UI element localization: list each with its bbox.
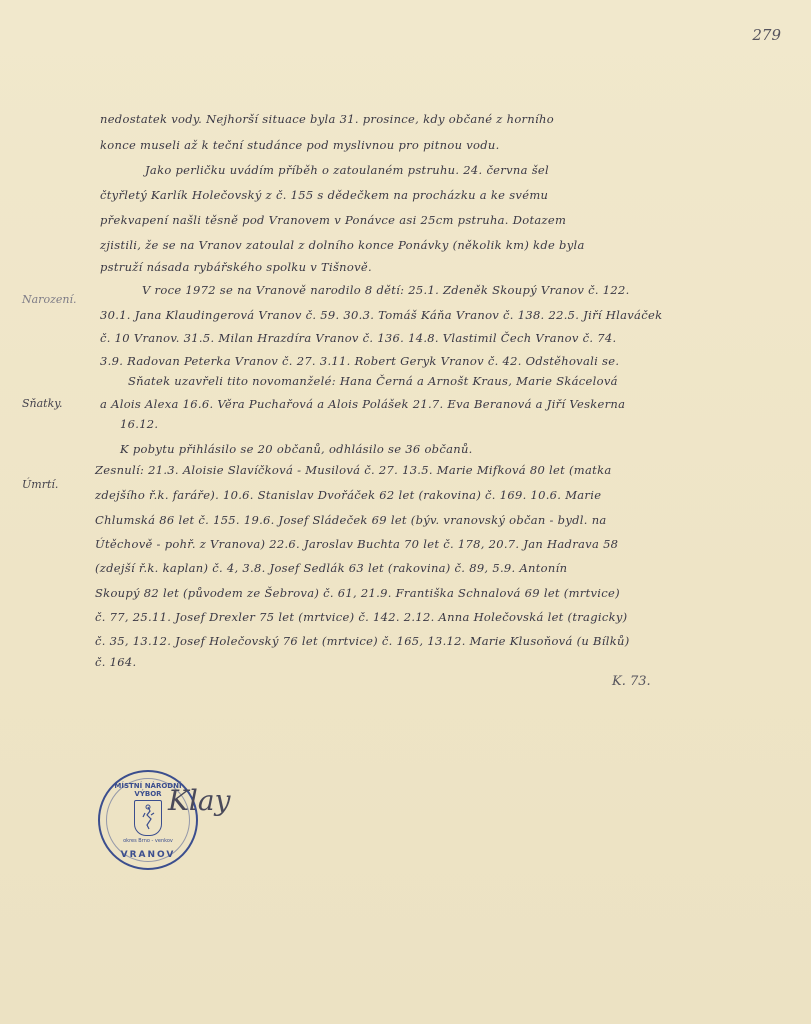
text-line: 30.1. Jana Klaudingerová Vranov č. 59. 3… bbox=[100, 308, 662, 322]
margin-label-marriages: Sňatky. bbox=[22, 397, 63, 410]
text-line: konce museli až k teční studánce pod mys… bbox=[100, 138, 500, 152]
text-line: č. 164. bbox=[95, 655, 136, 669]
margin-label-deaths: Úmrtí. bbox=[22, 478, 58, 491]
signature: Klay bbox=[168, 784, 230, 817]
text-line: Skoupý 82 let (původem ze Šebrova) č. 61… bbox=[95, 586, 620, 600]
text-line: č. 10 Vranov. 31.5. Milan Hrazdíra Vrano… bbox=[100, 331, 616, 345]
text-line: a Alois Alexa 16.6. Věra Puchařová a Alo… bbox=[100, 397, 625, 411]
margin-label-births: Narození. bbox=[22, 293, 76, 306]
text-line: pstruží násada rybářského spolku v Tišno… bbox=[100, 260, 372, 274]
text-line: Útěchově - pohř. z Vranova) 22.6. Jarosl… bbox=[95, 537, 618, 551]
text-line: překvapení našli těsně pod Vranovem v Po… bbox=[100, 213, 566, 227]
text-line: čtyřletý Karlík Holečovský z č. 155 s dě… bbox=[100, 188, 548, 202]
text-line: č. 35, 13.12. Josef Holečovský 76 let (m… bbox=[95, 634, 630, 648]
text-line: K pobytu přihlásilo se 20 občanů, odhlás… bbox=[120, 442, 473, 456]
page-number: 279 bbox=[752, 26, 781, 44]
lion-shield-emblem-icon bbox=[134, 800, 162, 836]
text-line: 16.12. bbox=[120, 417, 158, 431]
initials: K. 73. bbox=[612, 674, 651, 689]
stamp-district-text: okres Brno - venkov bbox=[100, 838, 196, 844]
text-line: Chlumská 86 let č. 155. 19.6. Josef Slád… bbox=[95, 513, 607, 527]
text-line: (zdejší ř.k. kaplan) č. 4, 3.8. Josef Se… bbox=[95, 561, 567, 575]
text-line: nedostatek vody. Nejhorší situace byla 3… bbox=[100, 112, 554, 126]
document-page: 279 nedostatek vody. Nejhorší situace by… bbox=[0, 0, 811, 1024]
text-line: č. 77, 25.11. Josef Drexler 75 let (mrtv… bbox=[95, 610, 627, 624]
text-line: Zesnulí: 21.3. Aloisie Slavíčková - Musi… bbox=[95, 463, 612, 477]
text-line: 3.9. Radovan Peterka Vranov č. 27. 3.11.… bbox=[100, 354, 619, 368]
text-line: zdejšího ř.k. faráře). 10.6. Stanislav D… bbox=[95, 488, 601, 502]
text-line: zjistili, že se na Vranov zatoulal z dol… bbox=[100, 238, 585, 252]
text-line: Jako perličku uvádím příběh o zatoulaném… bbox=[145, 163, 549, 177]
text-line: Sňatek uzavřeli tito novomanželé: Hana Č… bbox=[128, 374, 618, 388]
stamp-bottom-text: VRANOV bbox=[100, 850, 196, 860]
text-line: V roce 1972 se na Vranově narodilo 8 dět… bbox=[142, 283, 630, 297]
